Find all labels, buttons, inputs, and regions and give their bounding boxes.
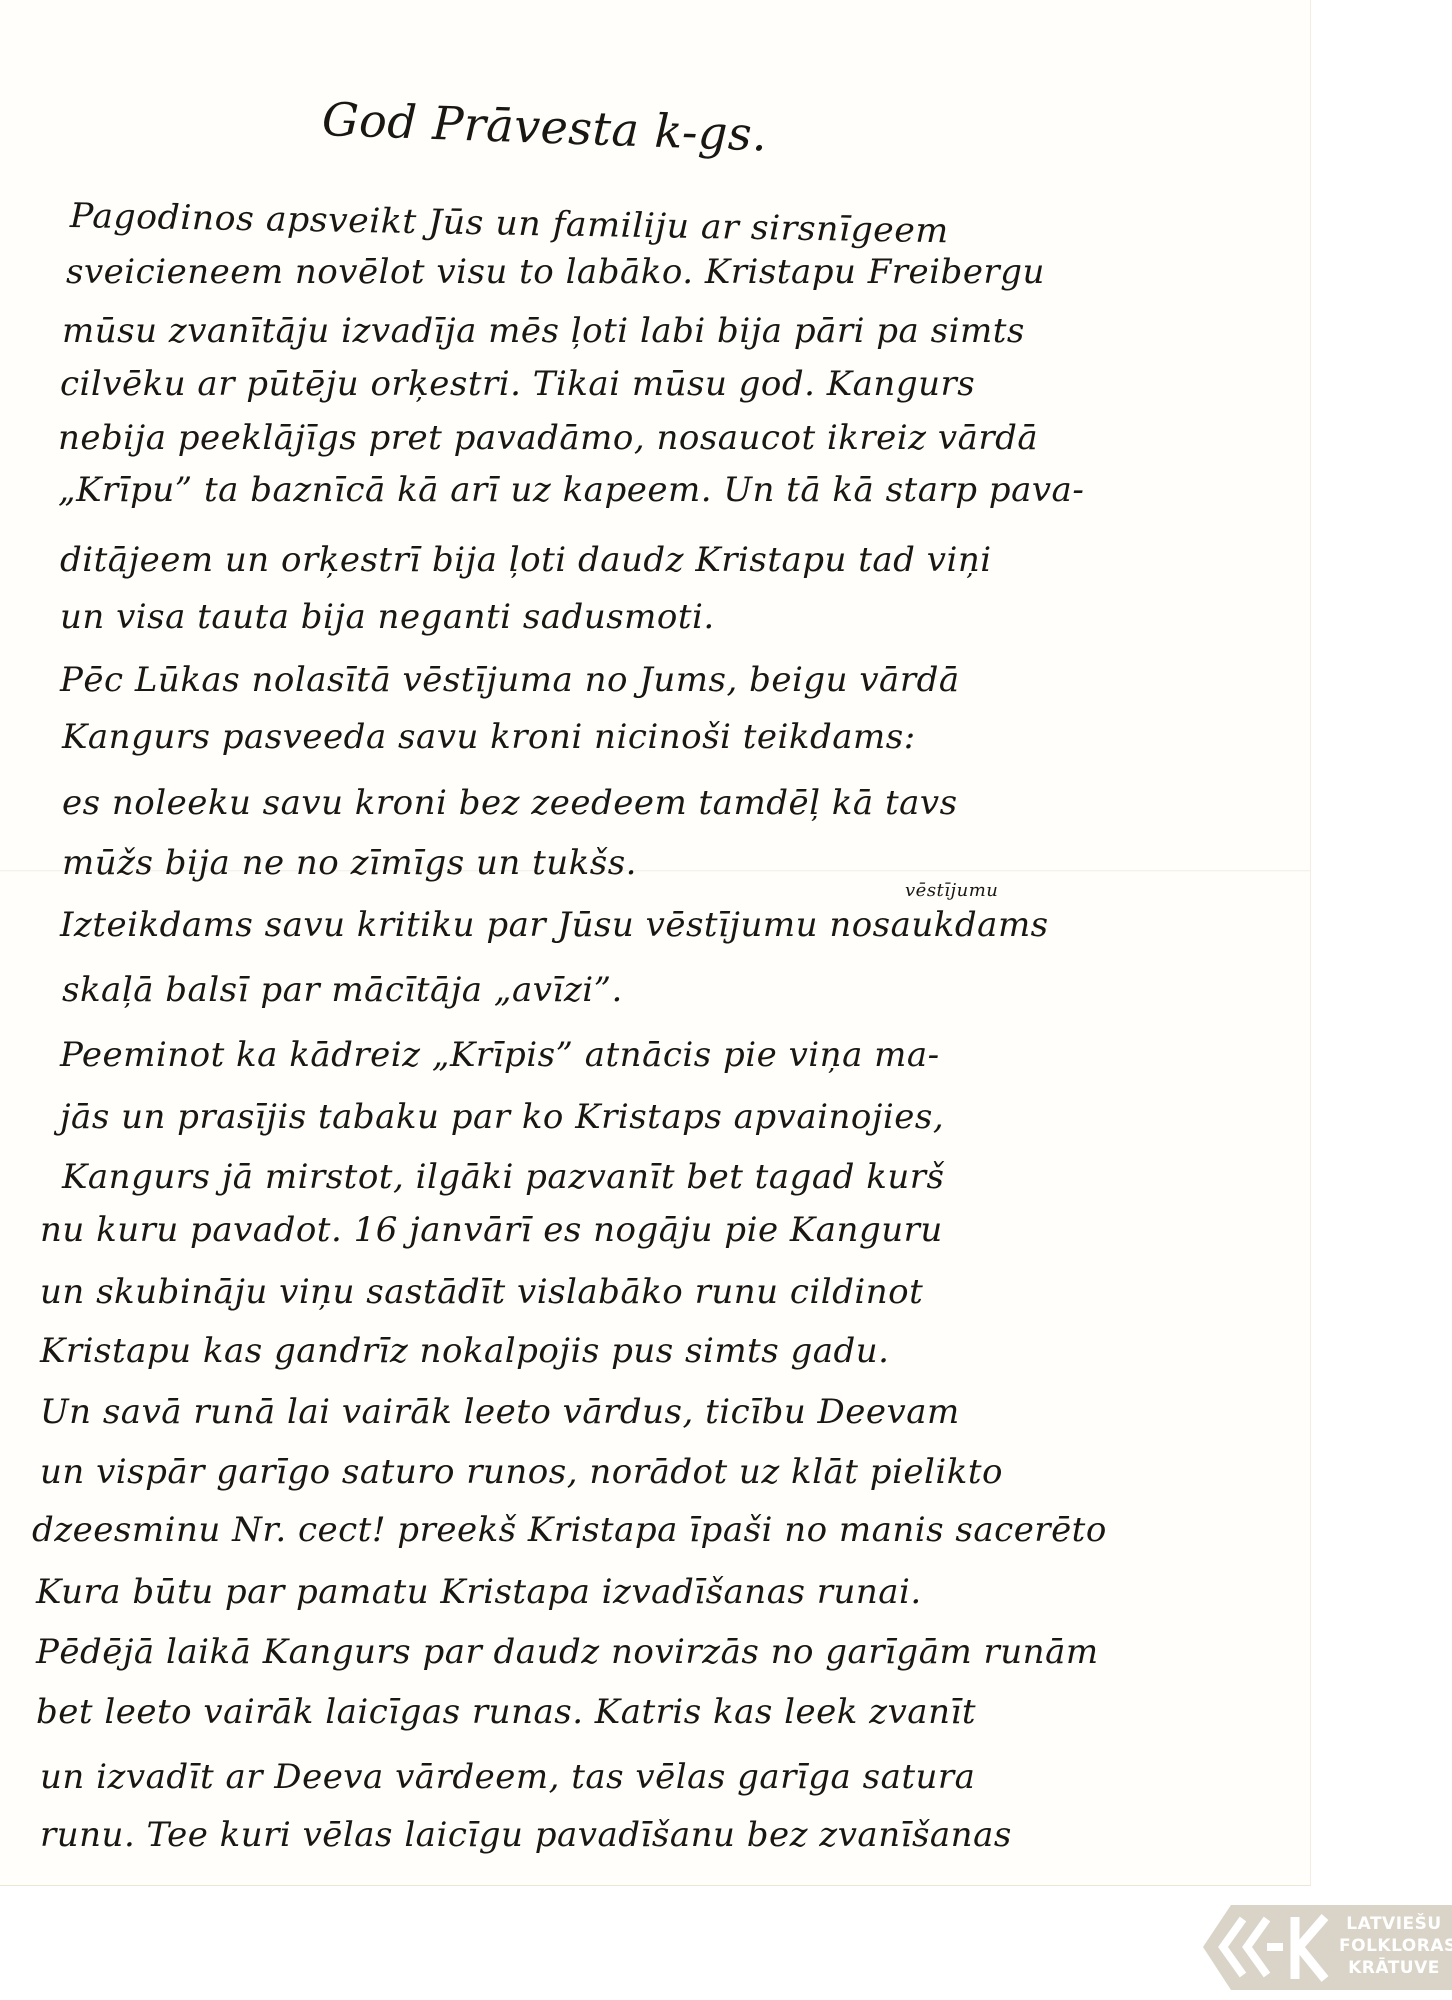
letter-line-23: dzeesminu Nr. cect! preekš Kristapa īpaš… <box>32 1510 1107 1550</box>
letter-salutation: God Prāvesta k-gs. <box>321 92 768 162</box>
letter-line-5: nebija peeklājīgs pret pavadāmo, nosauco… <box>58 418 1038 458</box>
letter-line-10: Kangurs pasveeda savu kroni nicinoši tei… <box>62 717 916 757</box>
letter-line-21: Un savā runā lai vairāk leeto vārdus, ti… <box>40 1392 960 1432</box>
letter-line-27: un izvadīt ar Deeva vārdeem, tas vēlas g… <box>40 1757 975 1797</box>
logo-line-2: FOLKLORAS <box>1339 1935 1449 1957</box>
letter-line-20: Kristapu kas gandrīz nokalpojis pus simt… <box>40 1331 889 1371</box>
letter-line-24: Kura būtu par pamatu Kristapa izvadīšana… <box>36 1572 922 1612</box>
logo-line-1: LATVIEŠU <box>1339 1913 1449 1935</box>
letter-line-6: „Krīpu” ta baznīcā kā arī uz kapeem. Un … <box>58 470 1084 510</box>
logo-text: LATVIEŠU FOLKLORAS KRĀTUVE <box>1339 1913 1449 1979</box>
interlinear-insertion: vēstījumu <box>905 880 998 901</box>
letter-line-3: mūsu zvanītāju izvadīja mēs ļoti labi bi… <box>62 311 1025 351</box>
letter-line-15: Peeminot ka kādreiz „Krīpis” atnācis pie… <box>60 1035 940 1075</box>
letter-line-22: un vispār garīgo saturo runos, norādot u… <box>40 1452 1003 1492</box>
letter-line-17: Kangurs jā mirstot, ilgāki pazvanīt bet … <box>62 1157 944 1197</box>
letter-line-26: bet leeto vairāk laicīgas runas. Katris … <box>36 1692 976 1732</box>
letter-line-8: un visa tauta bija neganti sadusmoti. <box>60 597 715 637</box>
letter-line-19: un skubināju viņu sastādīt vislabāko run… <box>40 1272 923 1312</box>
logo-line-3: KRĀTUVE <box>1339 1957 1449 1979</box>
letter-line-1: Pagodinos apsveikt Jūs un familiju ar si… <box>70 196 949 251</box>
letter-line-25: Pēdējā laikā Kangurs par daudz novirzās … <box>36 1632 1099 1672</box>
letter-line-18: nu kuru pavadot. 16 janvārī es nogāju pi… <box>40 1210 943 1250</box>
letter-line-16: jās un prasījis tabaku par ko Kristaps a… <box>60 1097 944 1137</box>
archive-logo: LATVIEŠU FOLKLORAS KRĀTUVE <box>1203 1905 1452 1990</box>
letter-page: God Prāvesta k-gs. Pagodinos apsveikt Jū… <box>0 0 1311 1886</box>
letter-line-4: cilvēku ar pūtēju orķestri. Tikai mūsu g… <box>60 364 975 404</box>
letter-line-13: Izteikdams savu kritiku par Jūsu vēstīju… <box>60 905 1049 945</box>
letter-line-7: ditājeem un orķestrī bija ļoti daudz Kri… <box>60 540 992 580</box>
letter-line-12: mūžs bija ne no zīmīgs un tukšs. <box>62 843 637 883</box>
letter-line-11: es noleeku savu kroni bez zeedeem tamdēļ… <box>62 783 958 823</box>
letter-line-9: Pēc Lūkas nolasītā vēstījuma no Jums, be… <box>60 660 960 700</box>
letter-line-28: runu. Tee kuri vēlas laicīgu pavadīšanu … <box>40 1815 1012 1855</box>
letter-line-2: sveicieneem novēlot visu to labāko. Kris… <box>66 252 1045 292</box>
letter-line-14: skaļā balsī par mācītāja „avīzi”. <box>62 970 623 1010</box>
